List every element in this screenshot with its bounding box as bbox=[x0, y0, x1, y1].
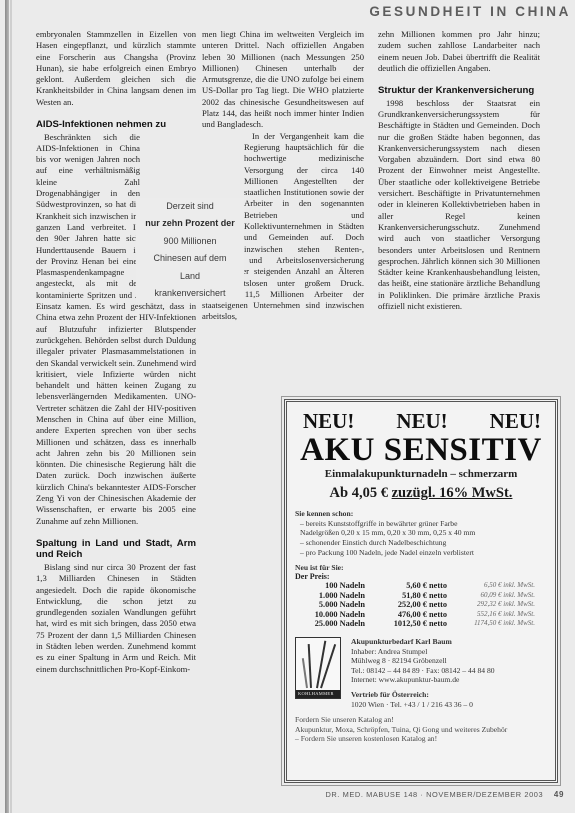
publication-info: DR. MED. MABUSE 148 · NOVEMBER/DEZEMBER … bbox=[325, 790, 543, 799]
ad-new-for-you-label: Neu ist für Sie: bbox=[287, 558, 555, 573]
page-binding-edge-inner bbox=[10, 0, 12, 813]
price-row: 10.000 Nadeln 476,00 € netto 552,16 € in… bbox=[299, 610, 535, 620]
subheading-structure: Struktur der Krankenversicherung bbox=[378, 85, 540, 97]
ad-new-banner: NEU! NEU! NEU! bbox=[287, 402, 555, 432]
pull-quote-line: krankenversichert bbox=[136, 285, 244, 302]
paragraph: Bislang sind nur circa 30 Prozent der fa… bbox=[36, 562, 196, 675]
page-number: 49 bbox=[554, 790, 564, 799]
article-column-1: embryonalen Stammzellen in Eizellen von … bbox=[36, 29, 196, 799]
article-column-3: zehn Millionen kommen pro Jahr hinzu; zu… bbox=[378, 29, 540, 312]
ad-new-label: NEU! bbox=[396, 410, 447, 432]
contact-line: Inhaber: Andrea Stumpel bbox=[351, 647, 495, 657]
paragraph: Beschränkten sich die AIDS-Infektionen i… bbox=[36, 132, 196, 527]
ad-price-table: 100 Nadeln 5,60 € netto 6,50 € inkl. MwS… bbox=[299, 581, 535, 629]
advertisement-aku-sensitiv: NEU! NEU! NEU! AKU SENSITIV Einmalakupun… bbox=[284, 399, 558, 783]
ad-feature-item: – schonender Einstich durch Nadelbeschic… bbox=[295, 538, 547, 548]
paragraph: men liegt China im weltweiten Vergleich … bbox=[202, 29, 364, 131]
pull-quote-line: Chinesen auf dem bbox=[136, 250, 244, 267]
ad-feature-item: – bereits Kunststoffgriffe in bewährter … bbox=[295, 519, 547, 529]
paragraph: zehn Millionen kommen pro Jahr hinzu; zu… bbox=[378, 29, 540, 74]
ad-footer-note: Fordern Sie unseren Katalog an! Akupunkt… bbox=[287, 709, 555, 743]
paragraph: 1998 beschloss der Staatsrat ein Grundkr… bbox=[378, 98, 540, 313]
page-footer: DR. MED. MABUSE 148 · NOVEMBER/DEZEMBER … bbox=[325, 790, 564, 799]
contact-line: Tel.: 08142 – 44 84 89 · Fax: 08142 – 44… bbox=[351, 666, 495, 676]
price-row: 1.000 Nadeln 51,80 € netto 60,09 € inkl.… bbox=[299, 591, 535, 601]
company-logo-needles-icon: KOHLHAMMER bbox=[295, 637, 341, 699]
ad-feature-item: – pro Packung 100 Nadeln, jede Nadel ein… bbox=[295, 548, 547, 558]
pull-quote-line: nur zehn Prozent der bbox=[136, 215, 244, 232]
ad-product-subtitle: Einmalakupunkturnadeln – schmerzarm bbox=[287, 467, 555, 481]
pull-quote-line: Land bbox=[136, 268, 244, 285]
price-row: 25.000 Nadeln 1012,50 € netto 1174,50 € … bbox=[299, 619, 535, 629]
price-row: 100 Nadeln 5,60 € netto 6,50 € inkl. MwS… bbox=[299, 581, 535, 591]
price-row: 5.000 Nadeln 252,00 € netto 292,32 € ink… bbox=[299, 600, 535, 610]
ad-new-label: NEU! bbox=[303, 410, 354, 432]
page-binding-edge bbox=[5, 0, 9, 813]
austria-contact: 1020 Wien · Tel. +43 / 1 / 216 43 36 – 0 bbox=[351, 700, 495, 710]
ad-company-block: KOHLHAMMER Akupunkturbedarf Karl Baum In… bbox=[287, 629, 555, 709]
contact-website: Internet: www.akupunktur-baum.de bbox=[351, 675, 495, 685]
ad-price-label: Der Preis: bbox=[287, 572, 555, 581]
pull-quote-line: Derzeit sind bbox=[136, 198, 244, 215]
paragraph: embryonalen Stammzellen in Eizellen von … bbox=[36, 29, 196, 108]
ad-new-label: NEU! bbox=[490, 410, 541, 432]
austria-distributor-label: Vertrieb für Österreich: bbox=[351, 690, 495, 700]
section-title: GESUNDHEIT IN CHINA bbox=[369, 4, 571, 19]
ad-features-label: Sie kennen schon: bbox=[295, 509, 547, 519]
ad-features: Sie kennen schon: – bereits Kunststoffgr… bbox=[287, 503, 555, 558]
company-address: Akupunkturbedarf Karl Baum Inhaber: Andr… bbox=[341, 637, 495, 709]
pull-quote: Derzeit sind nur zehn Prozent der 900 Mi… bbox=[136, 198, 244, 302]
ad-product-title: AKU SENSITIV bbox=[287, 433, 555, 467]
subheading-split: Spaltung in Land und Stadt, Arm und Reic… bbox=[36, 538, 196, 561]
ad-starting-price: Ab 4,05 € zuzügl. 16% MwSt. bbox=[287, 483, 555, 503]
ad-feature-item: Nadelgrößen 0,20 x 15 mm, 0,20 x 30 mm, … bbox=[295, 528, 547, 538]
contact-line: Mühlweg 8 · 82194 Gröbenzell bbox=[351, 656, 495, 666]
company-name: Akupunkturbedarf Karl Baum bbox=[351, 637, 495, 647]
pull-quote-line: 900 Millionen bbox=[136, 233, 244, 250]
subheading-aids: AIDS-Infektionen nehmen zu bbox=[36, 119, 196, 131]
